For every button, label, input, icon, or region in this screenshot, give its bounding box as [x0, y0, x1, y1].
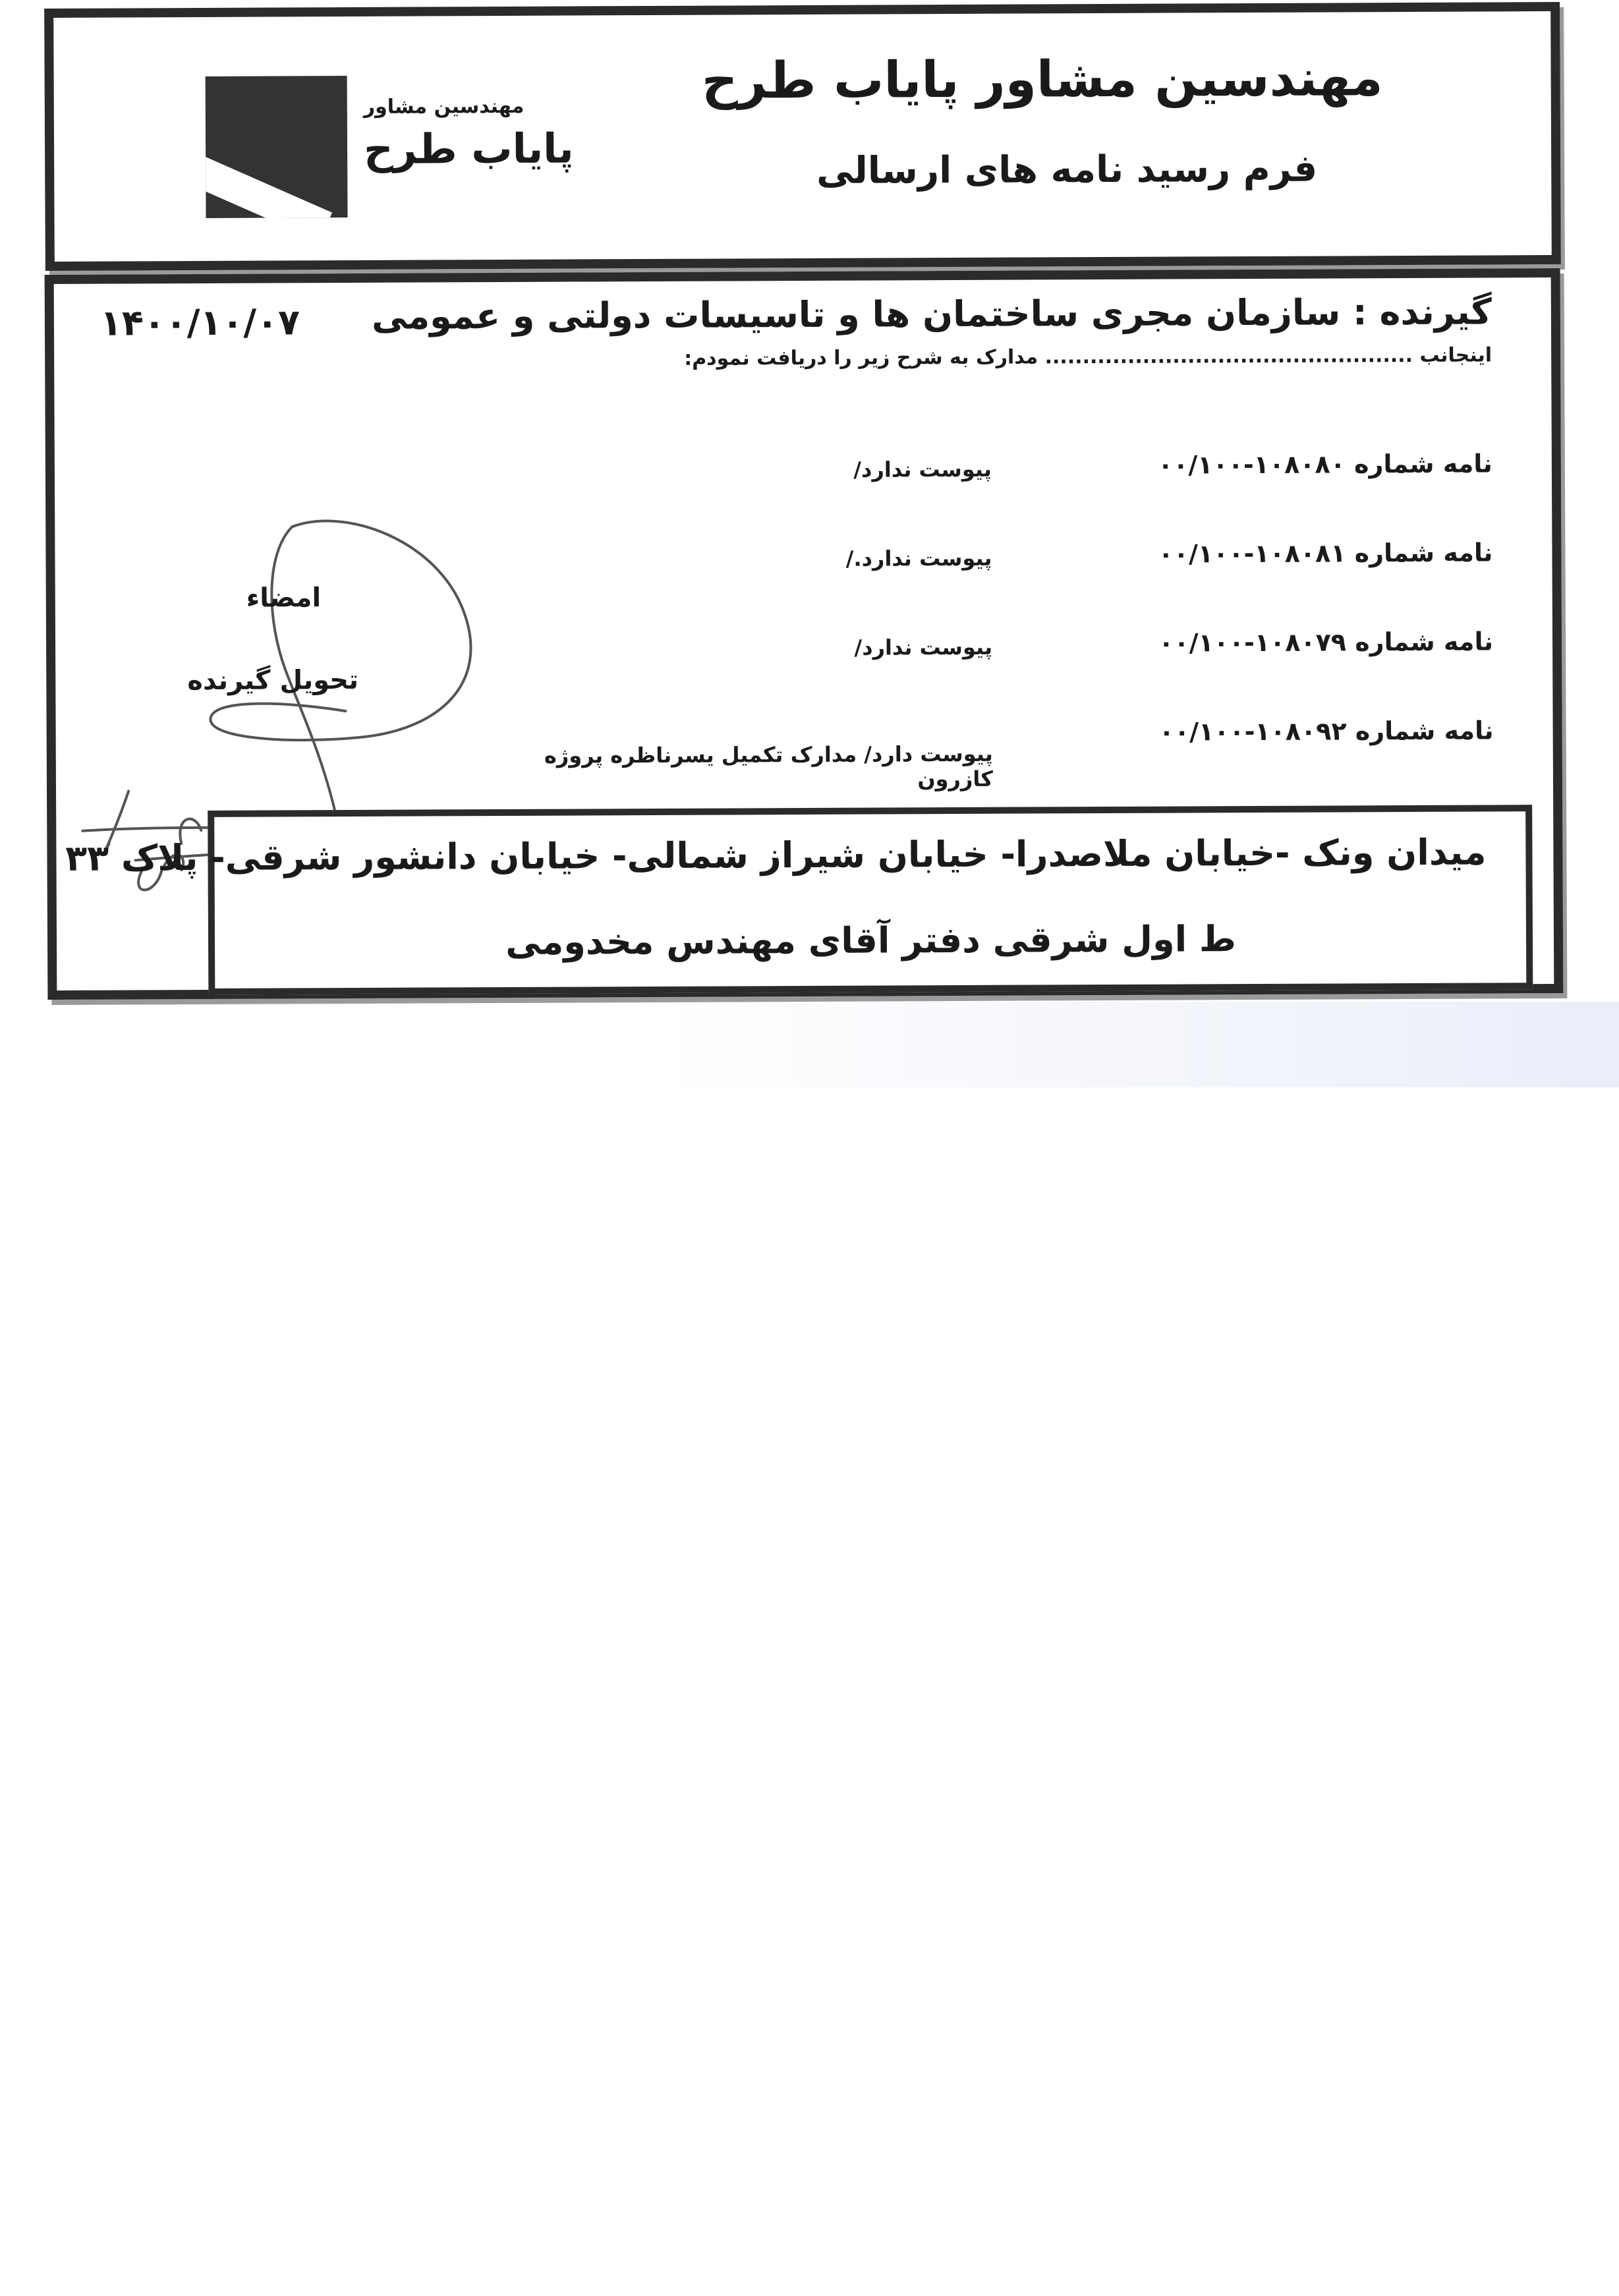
attachment-status: پیوست ندارد./ [846, 546, 992, 571]
company-title: مهندسین مشاور پایاب طرح [702, 48, 1383, 110]
letter-number: نامه شماره ۱۰۸۰۷۹-۰۰/۱۰۰ [1158, 627, 1493, 657]
letter-number: نامه شماره ۱۰۸۰۹۲-۰۰/۱۰۰ [1159, 716, 1494, 746]
acknowledgement-line: اینجانب ................................… [684, 343, 1492, 370]
logo-subtitle: مهندسین مشاور [364, 95, 525, 119]
letter-row: نامه شماره ۱۰۸۰۸۰-۰۰/۱۰۰ پیوست ندارد/ [504, 449, 1492, 493]
letter-number: نامه شماره ۱۰۸۰۸۱-۰۰/۱۰۰ [1158, 538, 1493, 568]
letter-row: نامه شماره ۱۰۸۰۷۹-۰۰/۱۰۰ پیوست ندارد/ [505, 627, 1493, 671]
letter-row: نامه شماره ۱۰۸۰۸۱-۰۰/۱۰۰ پیوست ندارد./ [504, 538, 1492, 582]
scan-tint [659, 1002, 1619, 1087]
logo-stripe [206, 157, 333, 218]
letter-row: نامه شماره ۱۰۸۰۹۲-۰۰/۱۰۰ پیوست دارد/ مدا… [505, 716, 1494, 760]
signature-label: امضاء [246, 583, 322, 613]
address-line-1: میدان ونک -خیابان ملاصدرا- خیابان شیراز … [65, 831, 1487, 878]
receiver-label: تحویل گیرنده [187, 665, 358, 696]
date: ۱۴۰۰/۱۰/۰۷ [100, 301, 300, 343]
attachment-status: پیوست ندارد/ [854, 635, 992, 660]
logo-name: پایاب طرح [364, 125, 574, 173]
address-line-2: ط اول شرقی دفتر آقای مهندس مخدومی [505, 918, 1236, 963]
header-box: مهندسین مشاور پایاب طرح فرم رسید نامه ها… [44, 2, 1561, 271]
attachment-status: پیوست دارد/ مدارک تکمیل یسرناظره پروژه ک… [505, 741, 993, 793]
company-logo-icon [206, 76, 348, 218]
receipt-body-box: گیرنده : سازمان مجری ساختمان ها و تاسیسا… [45, 268, 1564, 1000]
recipient-line: گیرنده : سازمان مجری ساختمان ها و تاسیسا… [372, 291, 1492, 337]
attachment-status: پیوست ندارد/ [853, 457, 992, 482]
letter-number: نامه شماره ۱۰۸۰۸۰-۰۰/۱۰۰ [1158, 449, 1492, 479]
address-box: میدان ونک -خیابان ملاصدرا- خیابان شیراز … [208, 805, 1533, 995]
form-title: فرم رسید نامه های ارسالی [816, 148, 1317, 192]
